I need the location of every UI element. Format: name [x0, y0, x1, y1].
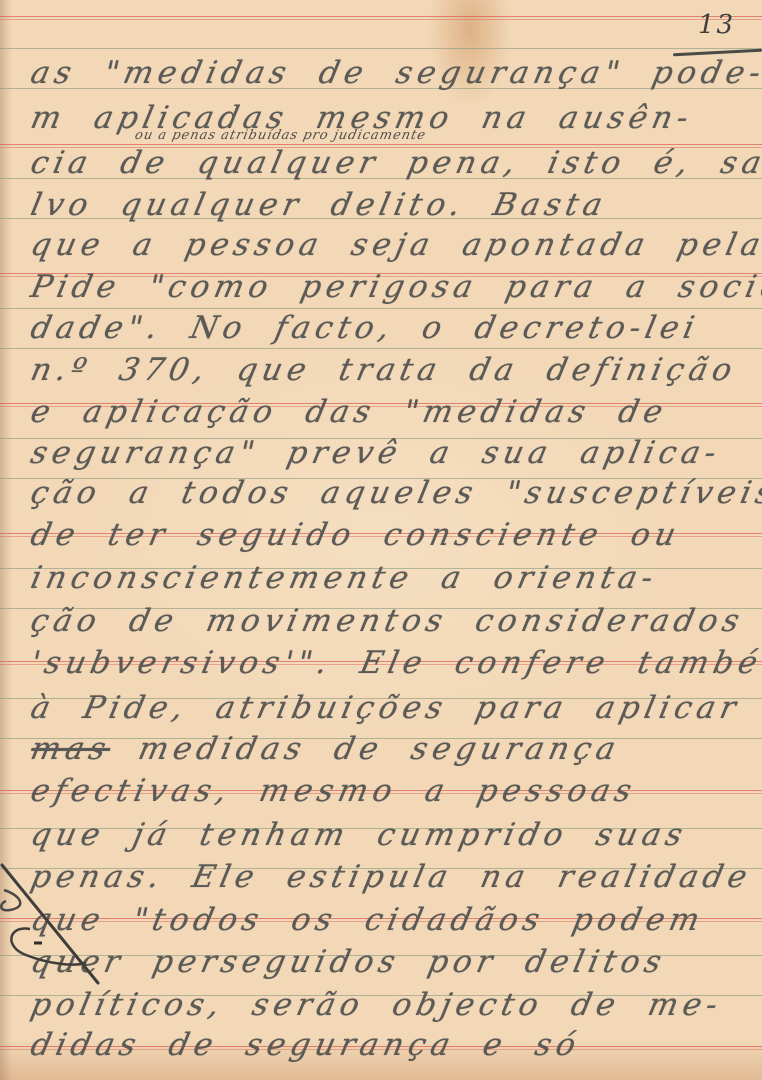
handwritten-line: ção a todos aqueles "susceptíveis	[28, 478, 755, 509]
handwritten-line: didas de segurança e só	[28, 1030, 755, 1061]
handwritten-line: que a pessoa seja apontada pela	[28, 230, 755, 261]
struck-word: mas	[28, 731, 114, 767]
notebook-page: 13 ou a penas atribuídas pro judicamente…	[0, 0, 762, 1080]
page-number: 13	[698, 10, 735, 40]
green-rule	[0, 48, 762, 49]
handwritten-line: dade". No facto, o decreto-lei	[28, 313, 755, 344]
handwritten-line: penas. Ele estipula na realidade	[28, 862, 755, 893]
handwritten-line: efectivas, mesmo a pessoas	[28, 776, 755, 807]
handwritten-line: quer perseguidos por delitos	[28, 947, 755, 978]
green-rule	[0, 308, 762, 309]
handwritten-line: e aplicação das "medidas de	[28, 397, 755, 428]
handwritten-line: inconscientemente a orienta-	[28, 563, 755, 594]
handwritten-line: 'subversivos'". Ele confere também	[28, 648, 755, 679]
handwritten-line: as "medidas de segurança" pode-	[28, 58, 755, 89]
handwritten-line: políticos, serão objecto de me-	[28, 990, 755, 1021]
green-rule	[0, 348, 762, 349]
handwritten-line: lvo qualquer delito. Basta	[28, 190, 755, 221]
handwritten-line: ção de movimentos considerados	[28, 606, 755, 637]
margin-mark-icon	[0, 855, 110, 985]
handwritten-line: m aplicadas mesmo na ausên-	[28, 103, 755, 134]
handwritten-line: de ter seguido consciente ou	[28, 520, 755, 551]
handwritten-line: à Pide, atribuições para aplicar	[28, 693, 755, 724]
line-text: medidas de segurança	[106, 731, 623, 767]
handwritten-line: que "todos os cidadãos podem	[28, 905, 755, 936]
red-rule	[0, 16, 762, 17]
handwritten-line: cia de qualquer pena, isto é, sa-	[28, 148, 755, 179]
handwritten-line: mas medidas de segurança	[28, 734, 755, 765]
handwritten-line: segurança" prevê a sua aplica-	[28, 438, 755, 469]
handwritten-line: que já tenham cumprido suas	[28, 820, 755, 851]
handwritten-line: Pide "como perigosa para a socie-	[28, 272, 755, 303]
handwritten-line: n.º 370, que trata da definição	[28, 355, 755, 386]
